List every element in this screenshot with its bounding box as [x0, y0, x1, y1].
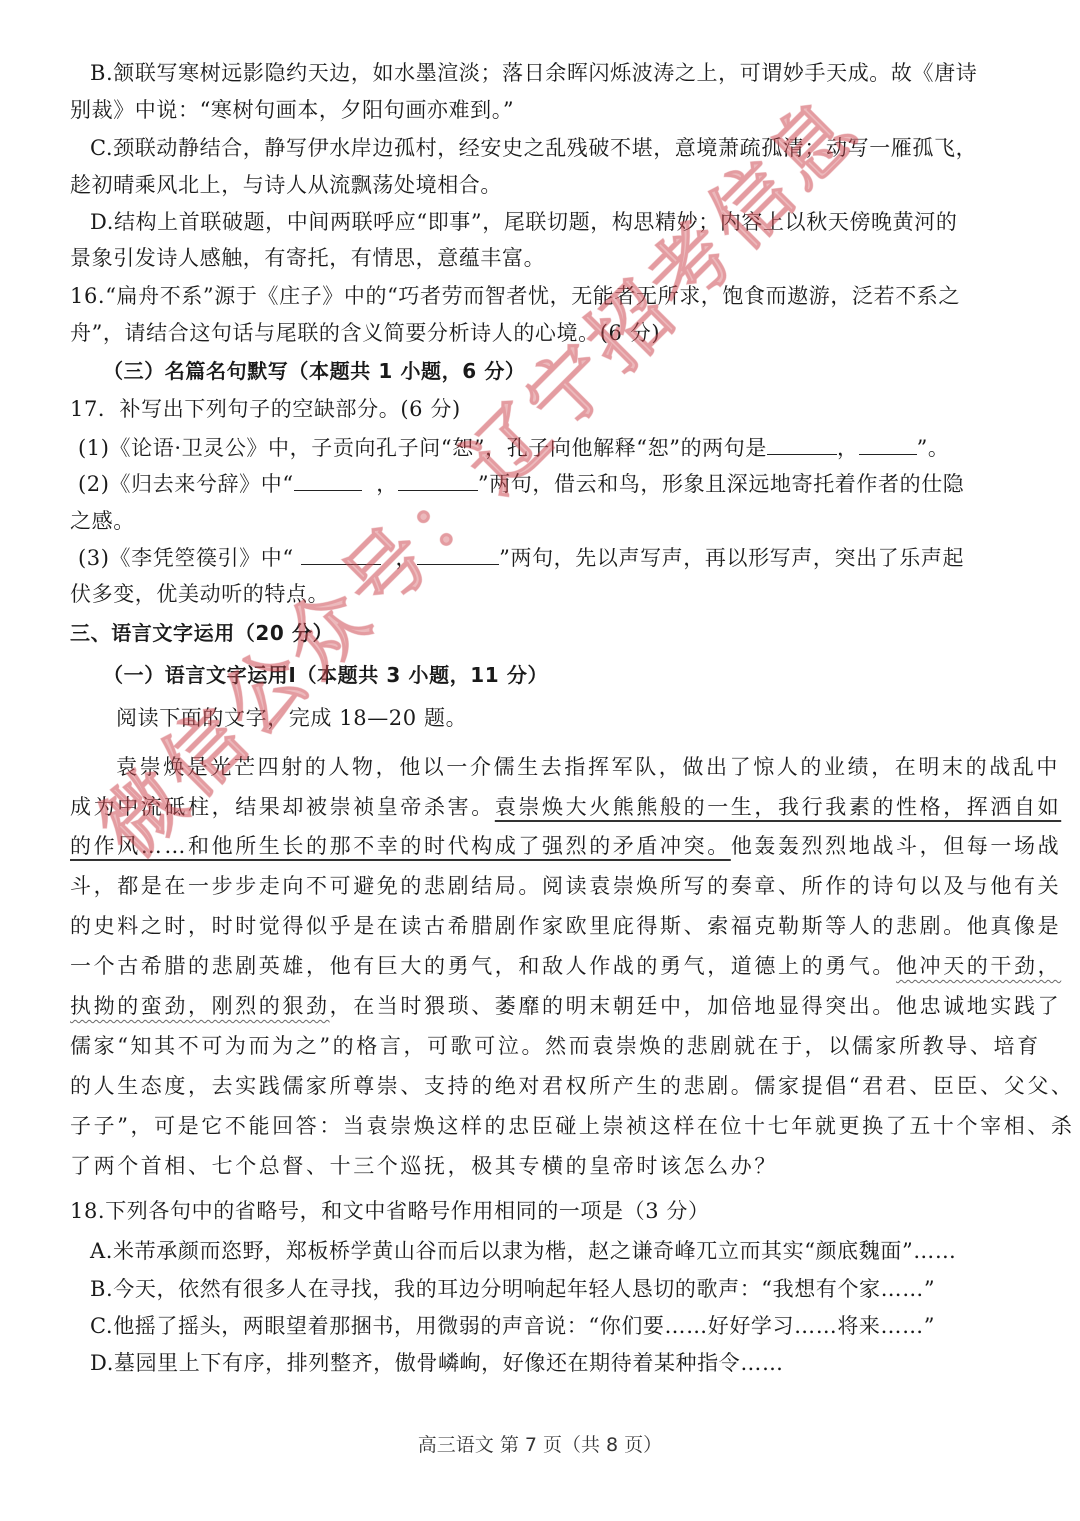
q17-item1-text: (1)《论语·卫灵公》中，子贡向孔子问“恕”，孔子向他解释“恕”的两句是 — [78, 436, 767, 460]
passage-text: 一个古希腊的悲剧英雄，他有巨大的勇气，和敌人作战的勇气，道德上的勇气。 — [70, 954, 896, 978]
section-3-heading: （三）名篇名句默写（本题共 1 小题，6 分） — [103, 356, 1058, 386]
passage-line-2: 成为中流砥柱，结果却被崇祯皇帝杀害。袁崇焕大火熊熊般的一生，我行我素的性格，挥洒… — [70, 792, 1025, 822]
q17-item1: (1)《论语·卫灵公》中，子贡向孔子问“恕”，孔子向他解释“恕”的两句是，”。 — [78, 432, 1033, 463]
answer-blank[interactable] — [859, 432, 917, 455]
q15-option-c-line1: C.颈联动静结合，静写伊水岸边孤村，经安史之乱残破不堪，意境萧疏孤清；动写一雁孤… — [90, 133, 1045, 163]
wavy-underlined-phrase: 他冲天的干劲， — [896, 954, 1061, 978]
passage-line-8: 儒家“知其不可为而为之”的格言，可歌可泣。然而袁崇焕的悲剧就在于，以儒家所教导、… — [70, 1031, 1025, 1061]
q17-item2-text: (2)《归去来兮辞》中“ — [78, 472, 294, 496]
q17-item2-line2: 之感。 — [70, 506, 1025, 536]
q16-line1: 16.“扁舟不系”源于《庄子》中的“巧者劳而智者忧，无能者无所求，饱食而遨游，泛… — [70, 281, 1025, 311]
q17-item3-text: (3)《李凭箜篌引》中“ — [78, 546, 294, 570]
passage-line-9: 的人生态度，去实践儒家所尊崇、支持的绝对君权所产生的悲剧。儒家提倡“君君、臣臣、… — [70, 1071, 1025, 1101]
passage-line-1: 袁崇焕是光芒四射的人物，他以一介儒生去指挥军队，做出了惊人的业绩，在明末的战乱中 — [116, 752, 1026, 782]
passage-line-11: 了两个首相、七个总督、十三个巡抚，极其专横的皇帝时该怎么办？ — [70, 1151, 1025, 1181]
q15-option-b-line2: 别裁》中说：“寒树句画本，夕阳句画亦难到。” — [70, 95, 1025, 125]
answer-blank[interactable] — [294, 468, 362, 491]
passage-text: 成为中流砥柱，结果却被崇祯皇帝杀害。 — [70, 795, 495, 819]
q15-option-d-line2: 景象引发诗人感触，有寄托，有情思，意蕴丰富。 — [70, 243, 1025, 273]
page-footer: 高三语文 第 7 页（共 8 页） — [0, 1430, 1080, 1457]
q18-option-a: A.米芾承颜而恣野，郑板桥学黄山谷而后以隶为楷，赵之谦奇峰兀立而其实“颜底魏面”… — [90, 1236, 1045, 1266]
q16-line2: 舟”，请结合这句话与尾联的含义简要分析诗人的心境。(6 分) — [70, 318, 1025, 348]
separator: ， — [376, 472, 398, 496]
underlined-sentence: 的作风……和他所生长的那不幸的时代构成了强烈的矛盾冲突。 — [70, 834, 731, 858]
q17-stem: 17．补写出下列句子的空缺部分。(6 分) — [70, 394, 1025, 424]
part-3-sub-heading: （一）语言文字运用Ⅰ（本题共 3 小题，11 分） — [103, 660, 1058, 690]
wavy-underlined-phrase: 执拗的蛮劲，刚烈的狠劲 — [70, 994, 330, 1018]
q18-option-c: C.他摇了摇头，两眼望着那捆书，用微弱的声音说：“你们要……好好学习……将来……… — [90, 1311, 1045, 1341]
q17-item3-text-b: ”两句，先以声写声，再以形写声，突出了乐声起 — [499, 546, 964, 570]
part-3-heading: 三、语言文字运用（20 分） — [70, 618, 1025, 648]
passage-line-10: 子子”，可是它不能回答：当袁崇焕这样的忠臣碰上崇祯这样在位十七年就更换了五十个宰… — [70, 1111, 1025, 1141]
passage-text: 他轰轰烈烈地战斗，但每一场战 — [731, 834, 1061, 858]
q18-option-d: D.墓园里上下有序，排列整齐，傲骨嶙峋，好像还在期待着某种指令…… — [90, 1348, 1045, 1378]
reading-instruction: 阅读下面的文字，完成 18—20 题。 — [116, 703, 1071, 733]
passage-line-5: 的史料之时，时时觉得似乎是在读古希腊剧作家欧里庇得斯、索福克勒斯等人的悲剧。他真… — [70, 911, 1025, 941]
q17-item3-line2: 伏多变，优美动听的特点。 — [70, 579, 1025, 609]
q15-option-c-line2: 趁初晴乘风北上，与诗人从流飘荡处境相合。 — [70, 170, 1025, 200]
q18-stem: 18.下列各句中的省略号，和文中省略号作用相同的一项是（3 分） — [70, 1196, 1025, 1226]
passage-line-4: 斗，都是在一步步走向不可避免的悲剧结局。阅读袁崇焕所写的奏章、所作的诗句以及与他… — [70, 871, 1025, 901]
q15-option-b-line1: B.颔联写寒树远影隐约天边，如水墨渲淡；落日余晖闪烁波涛之上，可谓妙手天成。故《… — [90, 58, 1045, 88]
passage-line-3: 的作风……和他所生长的那不幸的时代构成了强烈的矛盾冲突。他轰轰烈烈地战斗，但每一… — [70, 831, 1025, 861]
passage-line-7: 执拗的蛮劲，刚烈的狠劲，在当时猥琐、萎靡的明末朝廷中，加倍地显得突出。他忠诚地实… — [70, 991, 1025, 1021]
q15-option-d-line1: D.结构上首联破题，中间两联呼应“即事”，尾联切题，构思精妙；内容上以秋天傍晚黄… — [90, 207, 1045, 237]
q18-option-b: B.今天，依然有很多人在寻找，我的耳边分明响起年轻人恳切的歌声：“我想有个家……… — [90, 1274, 1045, 1304]
separator: ， — [837, 436, 859, 460]
exam-page: B.颔联写寒树远影隐约天边，如水墨渲淡；落日余晖闪烁波涛之上，可谓妙手天成。故《… — [0, 0, 1080, 1521]
separator: ， — [396, 546, 418, 570]
q17-item2-text-b: ”两句，借云和鸟，形象且深远地寄托着作者的仕隐 — [478, 472, 965, 496]
answer-blank[interactable] — [767, 432, 837, 455]
answer-blank[interactable] — [301, 542, 381, 565]
q17-item3: (3)《李凭箜篌引》中“ ，”两句，先以声写声，再以形写声，突出了乐声起 — [78, 542, 1033, 573]
q17-item2: (2)《归去来兮辞》中“ ，”两句，借云和鸟，形象且深远地寄托着作者的仕隐 — [78, 468, 1033, 499]
passage-text: ，在当时猥琐、萎靡的明末朝廷中，加倍地显得突出。他忠诚地实践了 — [330, 994, 1062, 1018]
passage-line-6: 一个古希腊的悲剧英雄，他有巨大的勇气，和敌人作战的勇气，道德上的勇气。他冲天的干… — [70, 951, 1025, 981]
answer-blank[interactable] — [417, 542, 499, 565]
underlined-sentence: 袁崇焕大火熊熊般的一生，我行我素的性格，挥洒自如 — [495, 795, 1061, 819]
answer-blank[interactable] — [398, 468, 478, 491]
closing-quote: ”。 — [917, 436, 950, 460]
